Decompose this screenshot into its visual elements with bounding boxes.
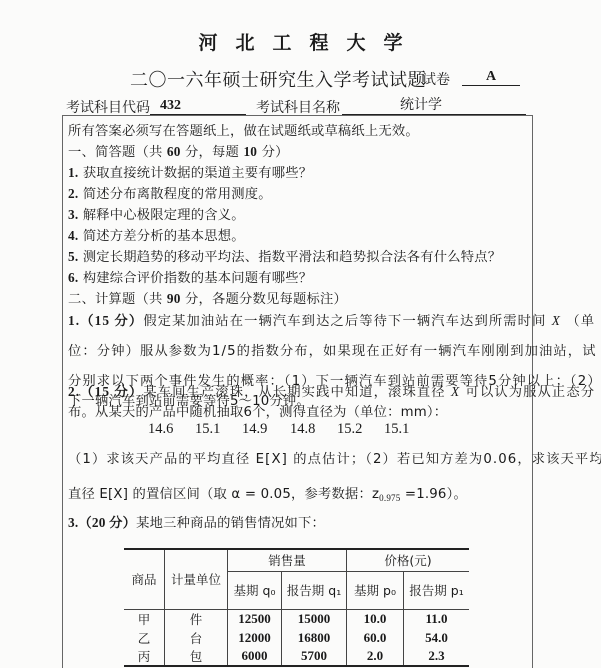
section1-title-mid: 分，每题 — [181, 145, 244, 160]
school-name: 河北工程大学 — [0, 28, 601, 55]
question-number: 5. — [68, 249, 78, 264]
question-number: 3. — [68, 515, 78, 530]
subject-name-label: 考试科目名称 — [256, 97, 340, 117]
header-q1: 报告期 q₁ — [282, 571, 347, 609]
s1-question-6: 6. 构建综合评价指数的基本问题有哪些？ — [68, 267, 312, 286]
question-text: 解释中心极限定理的含义。 — [83, 208, 245, 223]
s2-q3: 3.（20 分）某地三种商品的销售情况如下： — [68, 512, 325, 531]
cell-p1: 11.0 — [404, 609, 470, 628]
data-value: 15.2 — [337, 421, 362, 438]
cell-q0: 12000 — [228, 628, 282, 647]
question-text: =1.96）。 — [400, 487, 467, 502]
exam-title: 二〇一六年硕士研究生入学考试试题 — [130, 66, 426, 92]
question-number: 6. — [68, 270, 78, 285]
s2-q2-line2: 布。从某天的产品中随机抽取6个，测得直径为（单位：mm）： — [68, 401, 447, 420]
cell-unit: 件 — [165, 609, 228, 628]
question-number: 1. — [68, 313, 80, 328]
section2-total: 90 — [167, 291, 181, 306]
data-value: 15.1 — [195, 421, 220, 438]
question-number: 3. — [68, 207, 78, 222]
section2-title-pre: 二、计算题（共 — [68, 292, 167, 307]
cell-q1: 5700 — [282, 647, 347, 666]
question-score: （15 分） — [80, 384, 143, 399]
question-score: （15 分） — [80, 313, 143, 328]
s2-q2-part1: （1）求该天产品的平均直径 E[X] 的点估计；（2）若已知方差为0.06，求该… — [68, 448, 601, 467]
section2-title-post: 分，各题分数见每题标注） — [181, 292, 347, 307]
question-number: 1. — [68, 165, 78, 180]
s1-question-4: 4. 简述方差分析的基本思想。 — [68, 225, 245, 244]
section1-each: 10 — [243, 144, 257, 159]
cell-q0: 6000 — [228, 647, 282, 666]
header-price-group: 价格(元) — [347, 549, 470, 571]
question-text: 构建综合评价指数的基本问题有哪些？ — [83, 271, 312, 286]
variable: X — [451, 384, 460, 399]
s1-question-3: 3. 解释中心极限定理的含义。 — [68, 204, 245, 223]
question-text: 直径 E[X] 的置信区间（取 α = 0.05，参考数据：z — [68, 487, 379, 502]
header-unit: 计量单位 — [165, 549, 228, 609]
table-row: 甲 件 12500 15000 10.0 11.0 — [124, 609, 469, 628]
paper-version: A — [462, 68, 520, 86]
section2-title: 二、计算题（共 90 分，各题分数见每题标注） — [68, 288, 347, 307]
cell-product: 乙 — [124, 628, 165, 647]
header-q0: 基期 q₀ — [228, 571, 282, 609]
s1-question-2: 2. 简述分布离散程度的常用测度。 — [68, 183, 272, 202]
s1-question-5: 5. 测定长期趋势的移动平均法、指数平滑法和趋势拟合法各有什么特点？ — [68, 246, 501, 265]
subscript: 0.975 — [379, 493, 400, 503]
cell-product: 丙 — [124, 647, 165, 666]
cell-q0: 12500 — [228, 609, 282, 628]
subject-code: 432 — [150, 97, 246, 115]
cell-q1: 15000 — [282, 609, 347, 628]
table-row: 丙 包 6000 5700 2.0 2.3 — [124, 647, 469, 666]
header-p1: 报告期 p₁ — [404, 571, 470, 609]
s2-q2-row1: 2.（15 分）某车间生产滚珠，从长期实践中知道，滚珠直径 X 可以认为服从正态… — [68, 381, 595, 400]
header-product: 商品 — [124, 549, 165, 609]
subject-name: 统计学 — [342, 97, 526, 115]
cell-p0: 60.0 — [347, 628, 404, 647]
question-text: 某车间生产滚珠，从长期实践中知道，滚珠直径 — [143, 385, 451, 400]
question-number: 2. — [68, 186, 78, 201]
header-p0: 基期 p₀ — [347, 571, 404, 609]
question-text: 测定长期趋势的移动平均法、指数平滑法和趋势拟合法各有什么特点？ — [83, 250, 501, 265]
sales-table: 商品 计量单位 销售量 价格(元) 基期 q₀ 报告期 q₁ 基期 p₀ 报告期… — [124, 548, 469, 667]
question-number: 4. — [68, 228, 78, 243]
question-text: 某地三种商品的销售情况如下： — [136, 516, 325, 531]
question-text: （单 — [561, 314, 595, 329]
section1-title-post: 分） — [257, 145, 288, 160]
question-score: （20 分） — [78, 515, 136, 530]
header-quantity-group: 销售量 — [228, 549, 347, 571]
cell-p0: 2.0 — [347, 647, 404, 666]
subject-info-row: 考试科目代码 432 考试科目名称 统计学 — [62, 97, 542, 117]
cell-unit: 台 — [165, 628, 228, 647]
question-number: 2. — [68, 384, 80, 399]
question-text: 简述分布离散程度的常用测度。 — [83, 187, 272, 202]
paper-label: 试卷 — [422, 69, 450, 89]
data-value: 14.6 — [148, 421, 173, 438]
data-value: 15.1 — [384, 421, 409, 438]
data-value: 14.8 — [290, 421, 315, 438]
question-text: 假定某加油站在一辆汽车到达之后等待下一辆汽车达到所需时间 — [143, 314, 551, 329]
data-value: 14.9 — [242, 421, 267, 438]
section1-title-pre: 一、简答题（共 — [68, 145, 167, 160]
section1-title: 一、简答题（共 60 分，每题 10 分） — [68, 141, 289, 160]
cell-unit: 包 — [165, 647, 228, 666]
question-text: 可以认为服从正态分 — [460, 385, 595, 400]
s1-question-1: 1. 获取直接统计数据的渠道主要有哪些？ — [68, 162, 312, 181]
section1-total: 60 — [167, 144, 181, 159]
question-text: 简述方差分析的基本思想。 — [83, 229, 245, 244]
s2-q1-line2: 位：分钟）服从参数为1/5的指数分布，如果现在正好有一辆汽车刚刚到加油站，试 — [68, 340, 597, 359]
variable: X — [552, 313, 561, 328]
cell-p1: 54.0 — [404, 628, 470, 647]
notice: 所有答案必须写在答题纸上，做在试题纸或草稿纸上无效。 — [68, 120, 419, 139]
table-row: 乙 台 12000 16800 60.0 54.0 — [124, 628, 469, 647]
question-text: 获取直接统计数据的渠道主要有哪些？ — [83, 166, 312, 181]
s2-q2-part2: 直径 E[X] 的置信区间（取 α = 0.05，参考数据：z0.975 =1.… — [68, 483, 467, 503]
cell-q1: 16800 — [282, 628, 347, 647]
cell-p1: 2.3 — [404, 647, 470, 666]
subject-code-label: 考试科目代码 — [66, 97, 150, 117]
cell-product: 甲 — [124, 609, 165, 628]
s2-q1-line1: 1.（15 分）假定某加油站在一辆汽车到达之后等待下一辆汽车达到所需时间 X （… — [68, 310, 595, 329]
cell-p0: 10.0 — [347, 609, 404, 628]
